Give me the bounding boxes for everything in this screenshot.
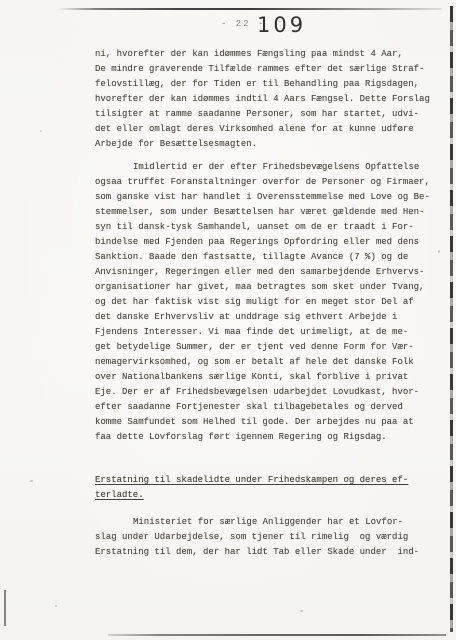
- text-line: Sanktion. Baade den fastsatte, tillagte …: [95, 250, 440, 265]
- text-line: syn til dansk-tysk Samhandel, uanset om …: [95, 220, 440, 235]
- text-line: Imidlertid er der efter Frihedsbevægelse…: [95, 160, 440, 175]
- text-line: tilsigter at ramme saadanne Personer, so…: [95, 107, 440, 122]
- page-header: - 22 - 109: [0, 0, 456, 44]
- text-line: Anvisninger, Regeringen eller med den sa…: [95, 265, 440, 280]
- text-line: stemmelser, som under Besættelsen har væ…: [95, 205, 440, 220]
- text-line: Ministeriet for særlige Anliggender har …: [95, 515, 440, 530]
- text-line: slag under Udarbejdelse, som tjener til …: [95, 530, 440, 545]
- text-line: felovstillæg, der for Tiden er til Behan…: [95, 77, 440, 92]
- text-line: som ganske vist har handlet i Overensste…: [95, 190, 440, 205]
- scan-artifact-bottom-line: [108, 634, 446, 636]
- text-line: det danske Erhvervsliv at unddrage sig e…: [95, 310, 440, 325]
- text-line: ni, hvorefter der kan idømmes Fængsling …: [95, 47, 440, 62]
- paper-speckle: [55, 605, 57, 607]
- text-line: bindelse med Fjenden paa Regerings Opfor…: [95, 235, 440, 250]
- paragraph: ni, hvorefter der kan idømmes Fængsling …: [95, 47, 440, 152]
- text-line: hvorefter der kan idømmes indtil 4 Aars …: [95, 92, 440, 107]
- text-line: det eller omlagt deres Virksomhed alene …: [95, 122, 440, 137]
- text-line: ogsaa truffet Foranstaltninger overfor d…: [95, 175, 440, 190]
- section-heading: Erstatning til skadelidte under Frihedsk…: [95, 473, 440, 503]
- text-line: organisationer har givet, maa betragtes …: [95, 280, 440, 295]
- text-line: efter saadanne Fortjenester skal tilbage…: [95, 400, 440, 415]
- paragraph: Ministeriet for særlige Anliggender har …: [95, 515, 440, 560]
- text-line: De mindre graverende Tilfælde rammes eft…: [95, 62, 440, 77]
- stamp-page-number: 109: [257, 13, 306, 37]
- paper-speckle: [40, 130, 42, 132]
- text-line: Fjendens Interesser. Vi maa finde det ur…: [95, 325, 440, 340]
- text-line: og det har faktisk vist sig muligt for e…: [95, 295, 440, 310]
- scan-artifact-right-edge-line: [450, 6, 453, 632]
- scanned-document-page: - 22 - 109 ni, hvorefter der kan idømmes…: [0, 0, 456, 640]
- text-line: Erstatning til dem, der har lidt Tab ell…: [95, 545, 440, 560]
- paragraph: Imidlertid er der efter Frihedsbevægelse…: [95, 160, 440, 445]
- scan-artifact-left-mark: [4, 590, 6, 626]
- text-line: get betydelige Summer, der er tjent ved …: [95, 340, 440, 355]
- section-heading-line: terladte.: [95, 488, 440, 503]
- text-line: komme Samfundet som Helhed til gode. Der…: [95, 415, 440, 430]
- text-line: Arbejde for Besættelsesmagten.: [95, 137, 440, 152]
- text-line: nemagervirksomhed, og som er betalt af h…: [95, 355, 440, 370]
- text-line: Eje. Der er af Frihedsbevægelsen udarbej…: [95, 385, 440, 400]
- paper-speckle: [30, 480, 33, 482]
- text-line: faa dette Lovforslag ført igennem Regeri…: [95, 430, 440, 445]
- text-line: over Nationalbankens særlige Konti, skal…: [95, 370, 440, 385]
- paper-speckle: [300, 610, 303, 612]
- section-heading-line: Erstatning til skadelidte under Frihedsk…: [95, 473, 440, 488]
- document-body: ni, hvorefter der kan idømmes Fængsling …: [95, 47, 440, 560]
